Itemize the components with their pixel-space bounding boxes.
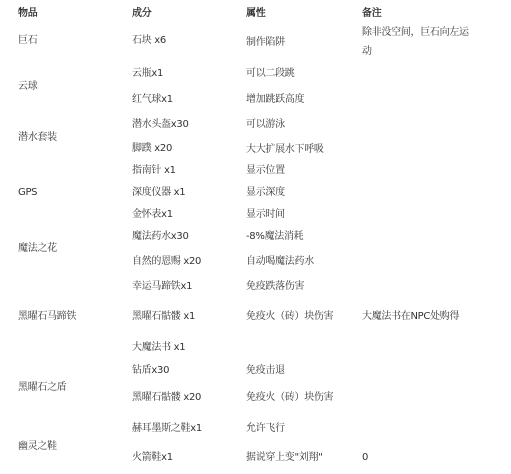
ingredient: 钻盾x30	[132, 365, 169, 377]
attribute: 显示位置	[246, 165, 285, 177]
note: 动	[362, 46, 372, 58]
note: 大魔法书在NPC处购得	[362, 311, 459, 323]
attribute: 免疫跌落伤害	[246, 281, 304, 293]
attribute: 自动喝魔法药水	[246, 256, 314, 268]
item-name: 黑曜石马蹄铁	[18, 311, 76, 323]
item-name: 云球	[18, 81, 37, 93]
ingredient: 脚蹼 x20	[132, 143, 172, 155]
ingredient: 火箭鞋x1	[132, 452, 173, 464]
ingredient: 深度仪器 x1	[132, 187, 185, 199]
header-item: 物品	[18, 8, 37, 20]
attribute: 免疫击退	[246, 365, 285, 377]
header-attributes: 属性	[246, 8, 265, 20]
ingredient: 大魔法书 x1	[132, 342, 185, 354]
note: 除非没空间，巨石向左运	[362, 27, 469, 39]
ingredient: 潜水头盔x30	[132, 119, 189, 131]
ingredient: 红气球x1	[132, 94, 173, 106]
ingredient: 金怀表x1	[132, 209, 173, 221]
ingredient: 幸运马蹄铁x1	[132, 281, 192, 293]
item-name: 黑曜石之盾	[18, 382, 67, 394]
header-ingredients: 成分	[132, 8, 151, 20]
item-name: 巨石	[18, 35, 37, 47]
item-name: 幽灵之鞋	[18, 441, 57, 453]
ingredient: 黑曜石骷髅 x20	[132, 392, 201, 404]
attribute: 增加跳跃高度	[246, 94, 304, 106]
attribute: 免疫火（砖）块伤害	[246, 311, 333, 323]
attribute: -8%魔法消耗	[246, 231, 303, 243]
ingredient: 赫耳墨斯之鞋x1	[132, 423, 202, 435]
attribute: 据说穿上变"刘翔"	[246, 452, 323, 464]
item-name: GPS	[18, 187, 37, 199]
attribute: 可以游泳	[246, 119, 285, 131]
attribute: 大大扩展水下呼吸	[246, 144, 324, 156]
attribute: 制作陷阱	[246, 37, 285, 49]
ingredient: 自然的恩赐 x20	[132, 256, 201, 268]
note: 0	[362, 452, 368, 464]
attribute: 免疫火（砖）块伤害	[246, 392, 333, 404]
attribute: 允许飞行	[246, 423, 285, 435]
item-name: 潜水套装	[18, 132, 57, 144]
ingredient: 魔法药水x30	[132, 231, 189, 243]
attribute: 可以二段跳	[246, 68, 295, 80]
header-notes: 备注	[362, 8, 381, 20]
crafting-table: 物品 成分 属性 备注 巨石 石块 x6 制作陷阱 除非没空间，巨石向左运 动 …	[0, 0, 511, 474]
attribute: 显示深度	[246, 187, 285, 199]
item-name: 魔法之花	[18, 243, 57, 255]
ingredient: 云瓶x1	[132, 68, 163, 80]
ingredient: 黑曜石骷髅 x1	[132, 311, 195, 323]
ingredient: 指南针 x1	[132, 165, 176, 177]
ingredient: 石块 x6	[132, 35, 166, 47]
attribute: 显示时间	[246, 209, 285, 221]
